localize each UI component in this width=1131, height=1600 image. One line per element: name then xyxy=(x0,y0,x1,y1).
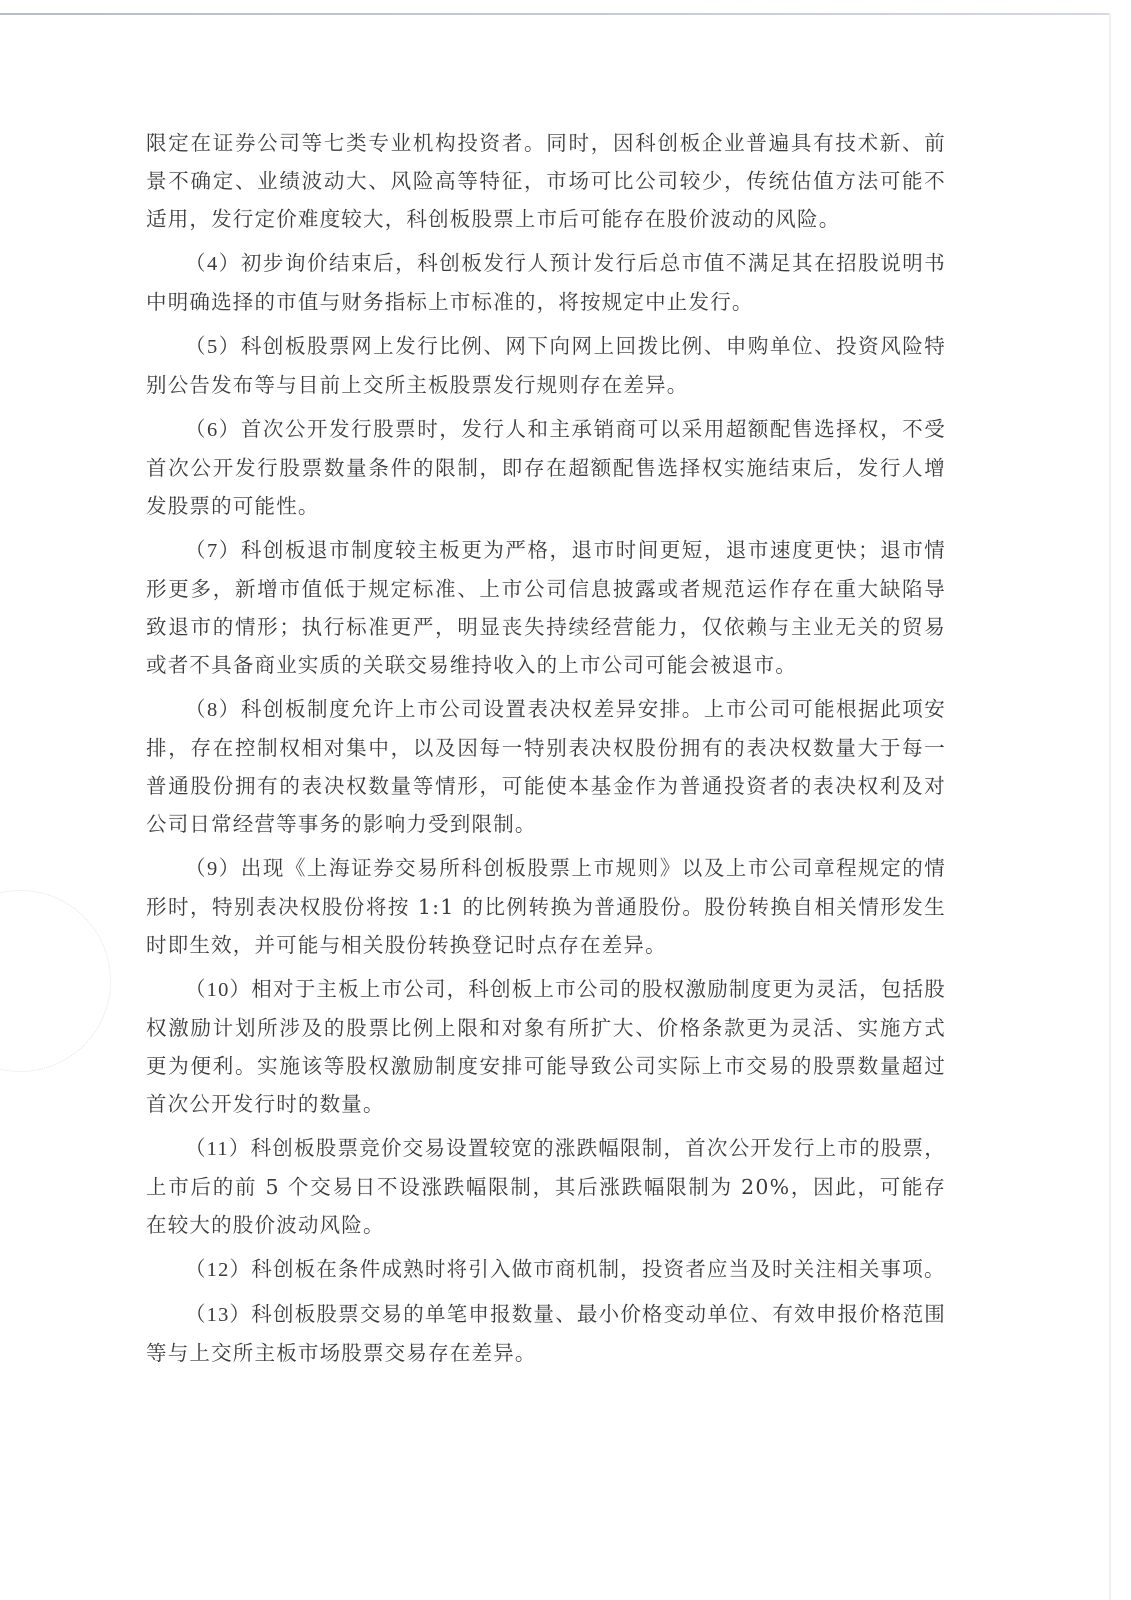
item-number: （7） xyxy=(185,540,241,562)
paragraph-text: 首次公开发行股票时，发行人和主承销商可以采用超额配售选择权，不受首次公开发行股票… xyxy=(146,417,946,518)
document-body: 限定在证券公司等七类专业机构投资者。同时，因科创板企业普遍具有技术新、前景不确定… xyxy=(146,124,946,1372)
paragraph-item-7: （7）科创板退市制度较主板更为严格，退市时间更短，退市速度更快；退市情形更多，新… xyxy=(146,531,946,684)
paragraph-text: 科创板制度允许上市公司设置表决权差异安排。上市公司可能根据此项安排，存在控制权相… xyxy=(146,697,946,836)
item-number: （10） xyxy=(185,979,251,1001)
item-number: （6） xyxy=(185,419,241,441)
paragraph-item-8: （8）科创板制度允许上市公司设置表决权差异安排。上市公司可能根据此项安排，存在控… xyxy=(146,690,946,843)
paragraph-item-11: （11）科创板股票竞价交易设置较宽的涨跌幅限制，首次公开发行上市的股票，上市后的… xyxy=(146,1129,946,1244)
paragraph-item-13: （13）科创板股票交易的单笔申报数量、最小价格变动单位、有效申报价格范围等与上交… xyxy=(146,1295,946,1372)
paragraph-text: 出现《上海证券交易所科创板股票上市规则》以及上市公司章程规定的情形时，特别表决权… xyxy=(146,856,946,957)
item-number: （9） xyxy=(185,858,241,880)
paragraph-text: 科创板股票网上发行比例、网下向网上回拨比例、申购单位、投资风险特别公告发布等与目… xyxy=(146,334,946,397)
paragraph-item-5: （5）科创板股票网上发行比例、网下向网上回拨比例、申购单位、投资风险特别公告发布… xyxy=(146,327,946,404)
paragraph-text: 限定在证券公司等七类专业机构投资者。同时，因科创板企业普遍具有技术新、前景不确定… xyxy=(146,131,946,231)
scan-top-edge xyxy=(0,13,1110,15)
paragraph-item-4: （4）初步询价结束后，科创板发行人预计发行后总市值不满足其在招股说明书中明确选择… xyxy=(146,244,946,321)
paragraph-item-10: （10）相对于主板上市公司，科创板上市公司的股权激励制度更为灵活，包括股权激励计… xyxy=(146,970,946,1123)
paragraph-text: 相对于主板上市公司，科创板上市公司的股权激励制度更为灵活，包括股权激励计划所涉及… xyxy=(146,977,946,1116)
item-number: （11） xyxy=(185,1138,251,1160)
paragraph-text: 科创板退市制度较主板更为严格，退市时间更短，退市速度更快；退市情形更多，新增市值… xyxy=(146,538,946,677)
paragraph-text: 科创板在条件成熟时将引入做市商机制，投资者应当及时关注相关事项。 xyxy=(251,1257,945,1281)
paragraph-item-9: （9）出现《上海证券交易所科创板股票上市规则》以及上市公司章程规定的情形时，特别… xyxy=(146,849,946,964)
item-number: （8） xyxy=(185,699,241,721)
binding-stamp-mark xyxy=(0,890,111,1072)
paragraph-text: 科创板股票竞价交易设置较宽的涨跌幅限制，首次公开发行上市的股票，上市后的前 5 … xyxy=(146,1136,946,1237)
paragraph-continuation: 限定在证券公司等七类专业机构投资者。同时，因科创板企业普遍具有技术新、前景不确定… xyxy=(146,124,946,238)
item-number: （12） xyxy=(185,1259,251,1281)
scan-right-edge xyxy=(1109,13,1111,1600)
paragraph-item-6: （6）首次公开发行股票时，发行人和主承销商可以采用超额配售选择权，不受首次公开发… xyxy=(146,410,946,525)
item-number: （5） xyxy=(185,336,241,358)
paragraph-text: 科创板股票交易的单笔申报数量、最小价格变动单位、有效申报价格范围等与上交所主板市… xyxy=(146,1302,946,1365)
paragraph-text: 初步询价结束后，科创板发行人预计发行后总市值不满足其在招股说明书中明确选择的市值… xyxy=(146,251,946,314)
paragraph-item-12: （12）科创板在条件成熟时将引入做市商机制，投资者应当及时关注相关事项。 xyxy=(146,1250,946,1289)
item-number: （4） xyxy=(185,253,241,275)
item-number: （13） xyxy=(185,1304,251,1326)
